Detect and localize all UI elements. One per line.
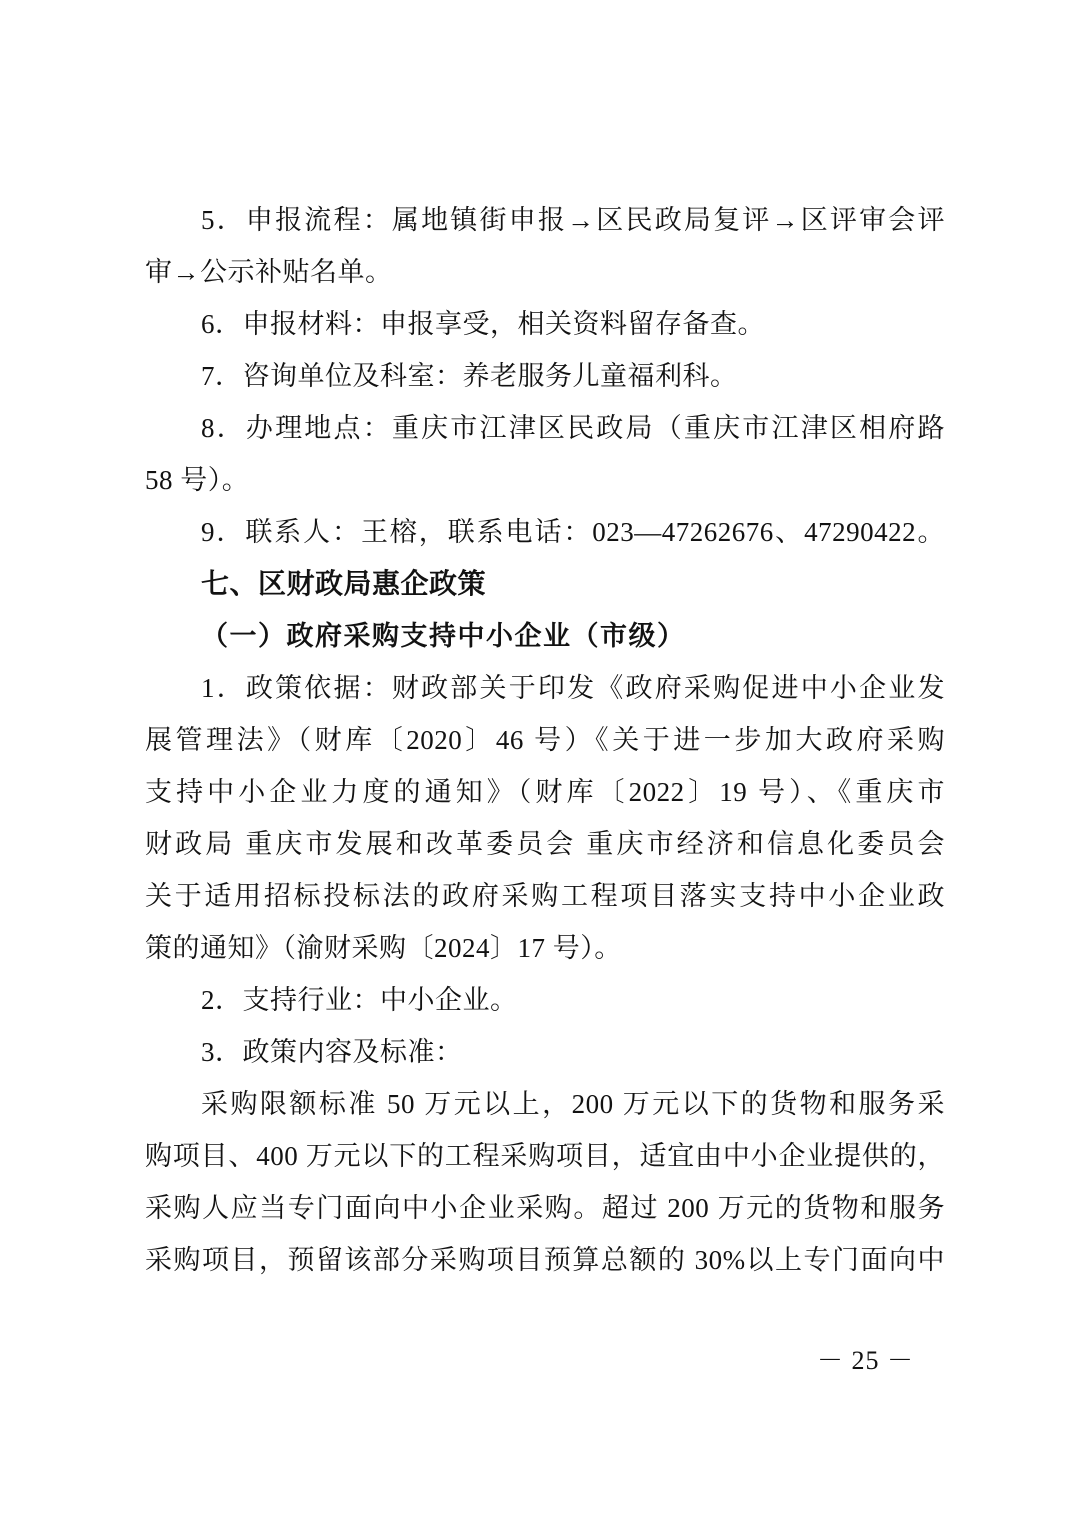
paragraph-line: 6．申报材料：申报享受，相关资料留存备查。 — [145, 298, 945, 350]
paragraph-line: 展管理法》（财库〔2020〕46 号）《关于进一步加大政府采购 — [145, 714, 945, 766]
paragraph-line: 5．申报流程：属地镇街申报→区民政局复评→区评审会评 — [145, 194, 945, 246]
subsection-heading: （一）政府采购支持中小企业（市级） — [145, 610, 945, 662]
document-body: 5．申报流程：属地镇街申报→区民政局复评→区评审会评 审→公示补贴名单。 6．申… — [145, 194, 945, 1286]
document-page: 5．申报流程：属地镇街申报→区民政局复评→区评审会评 审→公示补贴名单。 6．申… — [0, 0, 1074, 1520]
paragraph-line: 审→公示补贴名单。 — [145, 246, 945, 298]
paragraph-line: 8．办理地点：重庆市江津区民政局（重庆市江津区相府路 — [145, 402, 945, 454]
paragraph-line: 关于适用招标投标法的政府采购工程项目落实支持中小企业政 — [145, 870, 945, 922]
paragraph-line: 财政局 重庆市发展和改革委员会 重庆市经济和信息化委员会 — [145, 818, 945, 870]
paragraph-line: 支持中小企业力度的通知》（财库〔2022〕19 号）、《重庆市 — [145, 766, 945, 818]
paragraph-line: 采购限额标准 50 万元以上，200 万元以下的货物和服务采 — [145, 1078, 945, 1130]
paragraph-line: 采购项目，预留该部分采购项目预算总额的 30%以上专门面向中 — [145, 1234, 945, 1286]
paragraph-line: 9．联系人：王榕，联系电话：023—47262676、47290422。 — [145, 506, 945, 558]
paragraph-line: 1．政策依据：财政部关于印发《政府采购促进中小企业发 — [145, 662, 945, 714]
paragraph-line: 3．政策内容及标准： — [145, 1026, 945, 1078]
paragraph-line: 2．支持行业：中小企业。 — [145, 974, 945, 1026]
paragraph-line: 7．咨询单位及科室：养老服务儿童福利科。 — [145, 350, 945, 402]
paragraph-line: 购项目、400 万元以下的工程采购项目，适宜由中小企业提供的， — [145, 1130, 945, 1182]
paragraph-line: 采购人应当专门面向中小企业采购。超过 200 万元的货物和服务 — [145, 1182, 945, 1234]
page-number: － 25 － — [817, 1346, 914, 1376]
section-heading: 七、区财政局惠企政策 — [145, 558, 945, 610]
paragraph-line: 58 号）。 — [145, 454, 945, 506]
paragraph-line: 策的通知》（渝财采购〔2024〕17 号）。 — [145, 922, 945, 974]
